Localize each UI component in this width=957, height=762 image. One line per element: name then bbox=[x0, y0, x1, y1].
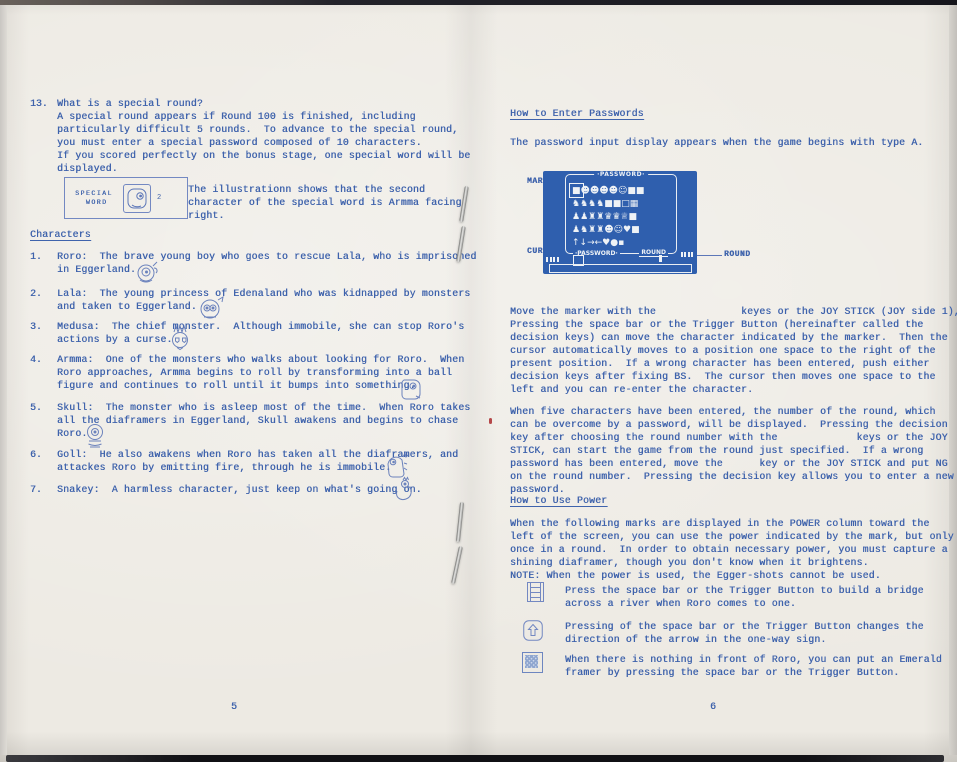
left-tick-marks bbox=[546, 257, 559, 262]
character-5-number: 5. bbox=[30, 401, 42, 414]
passwords-intro: The password input display appears when … bbox=[510, 136, 923, 149]
character-7-text: Snakey: A harmless character, just keep … bbox=[57, 483, 422, 496]
character-3-text: Medusa: The chief monster. Although immo… bbox=[57, 320, 464, 346]
left-page-number: 5 bbox=[231, 700, 237, 713]
grid-row: ♟♞♜♜☻☺♥■ bbox=[572, 224, 670, 237]
staple-bottom-leg1 bbox=[456, 502, 464, 542]
character-7-number: 7. bbox=[30, 483, 42, 496]
grid-row: ♟♟♜♜♛♛♕■ bbox=[572, 211, 670, 224]
character-5-text: Skull: The monster who is asleep most of… bbox=[57, 401, 470, 440]
right-tick-marks bbox=[681, 252, 694, 257]
round-label: ROUND bbox=[724, 250, 751, 259]
character-6-number: 6. bbox=[30, 448, 42, 461]
special-word-index: 2 bbox=[157, 194, 161, 202]
snakey-doodle-icon bbox=[388, 476, 418, 515]
character-1-text: Roro: The brave young boy who goes to re… bbox=[57, 250, 476, 276]
character-2-number: 2. bbox=[30, 287, 42, 300]
password-character-grid: ■☻☻☻☻☺■■ ♞♞♞♞■■□▦ ♟♟♜♜♛♛♕■ ♟♞♜♜☻☺♥■ ↑↓→←… bbox=[572, 185, 670, 250]
character-3-number: 3. bbox=[30, 320, 42, 333]
password-screen: ·PASSWORD· ■☻☻☻☻☺■■ ♞♞♞♞■■□▦ ♟♟♜♜♛♛♕■ ♟♞… bbox=[543, 171, 697, 274]
round-indicator-tick bbox=[659, 255, 662, 262]
password-paragraph-1: Move the marker with the keyes or the JO… bbox=[510, 305, 957, 396]
characters-heading: Characters bbox=[30, 228, 91, 241]
power-intro: When the following marks are displayed i… bbox=[510, 517, 954, 582]
character-1-number: 1. bbox=[30, 250, 42, 263]
passwords-heading: How to Enter Passwords bbox=[510, 107, 644, 120]
scan-top-edge bbox=[0, 0, 957, 5]
character-2-text: Lala: The young princess of Edenaland wh… bbox=[57, 287, 470, 313]
grid-row: ♞♞♞♞■■□▦ bbox=[572, 198, 670, 211]
marker-square bbox=[569, 183, 584, 198]
right-page-number: 6 bbox=[710, 700, 716, 713]
character-4-number: 4. bbox=[30, 353, 42, 366]
item13-body: What is a special round? A special round… bbox=[57, 97, 470, 175]
item13-number: 13. bbox=[30, 97, 48, 110]
special-word-caption: The illustrationn shows that the second … bbox=[188, 183, 462, 222]
screen-round-label: ROUND bbox=[639, 249, 668, 257]
grid-row: ■☻☻☻☻☺■■ bbox=[572, 185, 670, 198]
scan-bottom-edge bbox=[6, 755, 944, 762]
power-item-2-text: Pressing of the space bar or the Trigger… bbox=[565, 620, 924, 646]
ink-speck bbox=[489, 418, 492, 424]
password-paragraph-2: When five characters have been entered, … bbox=[510, 405, 954, 496]
special-word-box: SPECIAL WORD 2 bbox=[64, 177, 188, 219]
password-panel: ·PASSWORD· ■☻☻☻☻☺■■ ♞♞♞♞■■□▦ ♟♟♜♜♛♛♕■ ♟♞… bbox=[565, 174, 677, 254]
password-panel-title: ·PASSWORD· bbox=[594, 171, 648, 178]
emerald-framer-power-icon bbox=[522, 652, 543, 673]
armma-illustration-icon bbox=[123, 184, 151, 213]
manual-scan: 13. What is a special round? A special r… bbox=[0, 0, 957, 762]
power-heading: How to Use Power bbox=[510, 494, 607, 507]
special-word-label: SPECIAL WORD bbox=[65, 189, 123, 207]
bridge-power-icon bbox=[527, 582, 544, 607]
one-way-arrow-power-icon bbox=[523, 620, 543, 646]
staple-bottom-leg2 bbox=[451, 546, 463, 584]
power-item-1-text: Press the space bar or the Trigger Butto… bbox=[565, 584, 924, 610]
scan-left-edge bbox=[0, 5, 7, 755]
power-item-3-text: When there is nothing in front of Roro, … bbox=[565, 653, 942, 679]
score-readout-bar bbox=[549, 264, 692, 273]
